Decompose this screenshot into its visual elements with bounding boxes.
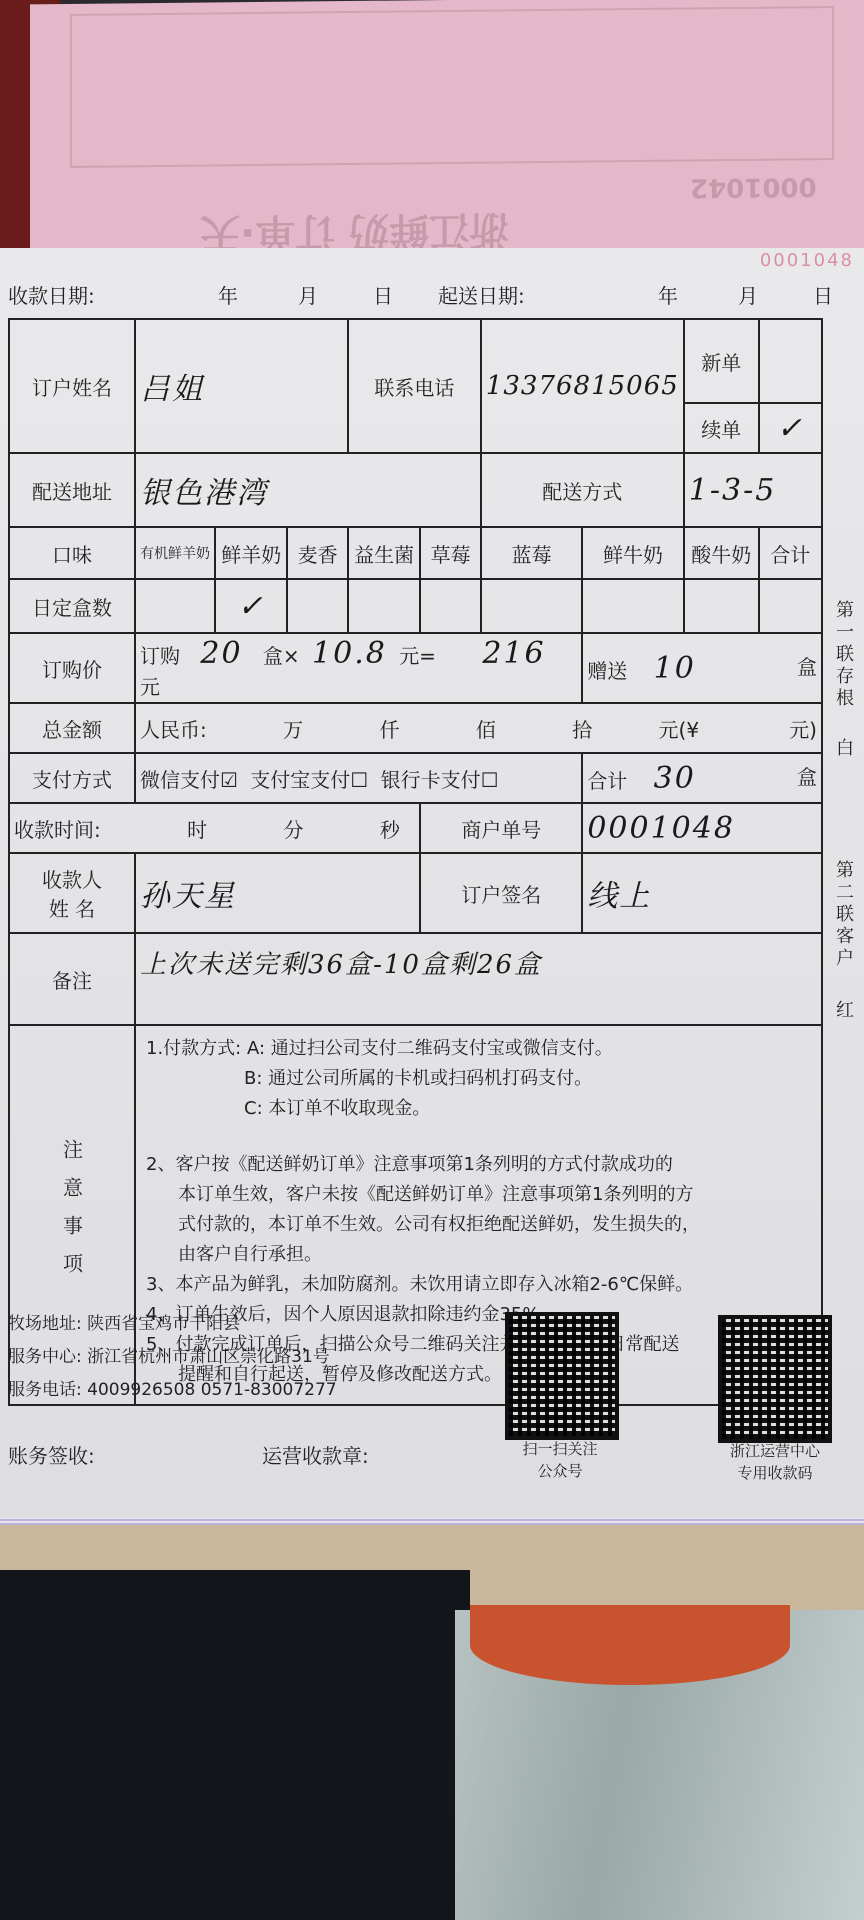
flavor-total: 合计	[759, 527, 822, 579]
receipt-time-label: 收款时间:	[14, 818, 101, 842]
new-order-checkbox[interactable]	[759, 319, 822, 403]
qr2-caption: 浙江运营中心 专用收款码	[705, 1440, 845, 1484]
daily-yogurt[interactable]	[684, 579, 759, 633]
start-date-label: 起送日期:	[438, 280, 525, 309]
farm-address: 牧场地址: 陕西省宝鸡市千阳县	[8, 1308, 337, 1341]
qr1-caption-line2: 公众号	[495, 1460, 625, 1482]
qian-label: 仟	[379, 718, 399, 742]
order-price-line: 订购 20 盒× 10.8 元= 216 元	[135, 633, 582, 703]
flavor-blueberry: 蓝莓	[481, 527, 583, 579]
date-line: 收款日期: 年 月 日 起送日期: 年 月 日	[8, 280, 838, 314]
flavor-row-label: 口味	[9, 527, 135, 579]
service-center-address: 服务中心: 浙江省杭州市萧山区崇化路31号	[8, 1341, 337, 1374]
flavor-fresh-cow-milk: 鲜牛奶	[582, 527, 683, 579]
bai-label: 佰	[476, 718, 496, 742]
qr2-caption-line1: 浙江运营中心	[705, 1440, 845, 1462]
renewal-label: 续单	[684, 403, 759, 453]
collector-name-value[interactable]: 孙天星	[135, 853, 420, 933]
copy2-color-label: 红	[830, 1000, 856, 1022]
flavor-yogurt: 酸牛奶	[684, 527, 759, 579]
box-total-value[interactable]: 30	[654, 761, 696, 796]
note-2: 2、客户按《配送鲜奶订单》注意事项第1条列明的方式付款成功的	[146, 1150, 811, 1180]
phone-label: 联系电话	[348, 319, 481, 453]
dark-fabric	[0, 1570, 470, 1920]
payment-date-year: 年	[218, 280, 238, 309]
pink-sheet-ghost-serial: 0001042	[690, 171, 817, 202]
customer-name-label: 订户姓名	[9, 319, 135, 453]
daily-fresh-goat-milk[interactable]: ✓	[215, 579, 287, 633]
payment-options: 微信支付☑ 支付宝支付☐ 银行卡支付☐	[135, 753, 582, 803]
copy1-color-label: 白	[830, 738, 856, 760]
flavor-strawberry: 草莓	[420, 527, 480, 579]
service-phone: 服务电话: 4009926508 0571-83007277	[8, 1374, 337, 1407]
hour-label: 时	[187, 818, 207, 842]
note-2b: 本订单生效，客户未按《配送鲜奶订单》注意事项第1条列明的方	[146, 1180, 811, 1210]
payment-method-label: 支付方式	[9, 753, 135, 803]
wan-label: 万	[283, 718, 303, 742]
bankcard-option[interactable]: 银行卡支付☐	[381, 768, 499, 792]
shi-label: 拾	[572, 718, 592, 742]
order-form-table: 订户姓名 吕姐 联系电话 13376815065 新单 续单 ✓ 配送地址 银色…	[8, 318, 823, 1406]
footer-info: 牧场地址: 陕西省宝鸡市千阳县 服务中心: 浙江省杭州市萧山区崇化路31号 服务…	[8, 1308, 337, 1407]
qr2-caption-line2: 专用收款码	[705, 1462, 845, 1484]
operation-stamp-label: 运营收款章:	[262, 1440, 369, 1469]
flavor-organic-goat-milk: 有机鲜羊奶	[135, 527, 215, 579]
merchant-no-label: 商户单号	[420, 803, 582, 853]
new-order-label: 新单	[684, 319, 759, 403]
merchant-no-value[interactable]: 0001048	[582, 803, 822, 853]
qr1-caption: 扫一扫关注 公众号	[495, 1438, 625, 1482]
wechat-official-account-qr-code[interactable]	[505, 1312, 619, 1440]
note-1c: C: 本订单不收取现金。	[146, 1094, 811, 1124]
address-value[interactable]: 银色港湾	[135, 453, 481, 527]
box-total-unit: 盒	[797, 761, 817, 790]
qr1-caption-line1: 扫一扫关注	[495, 1438, 625, 1460]
customer-name-value[interactable]: 吕姐	[135, 319, 348, 453]
daily-strawberry[interactable]	[420, 579, 480, 633]
rmb-label: 人民币:	[140, 718, 207, 742]
copy2-side-label: 第二联客户	[830, 860, 856, 970]
alipay-option[interactable]: 支付宝支付☐	[250, 768, 368, 792]
gift-cell: 赠送 10 盒	[582, 633, 822, 703]
flavor-probiotic: 益生菌	[348, 527, 420, 579]
note-1: 1.付款方式: A: 通过扫公司支付二维码支付宝或微信支付。	[146, 1034, 811, 1064]
start-date-year: 年	[658, 280, 678, 309]
payment-date-month: 月	[298, 280, 318, 309]
order-boxes[interactable]: 20	[200, 636, 242, 671]
yuan-unit: 元	[140, 675, 160, 699]
note-3: 3、本产品为鲜乳，未加防腐剂。未饮用请立即存入冰箱2-6℃保鲜。	[146, 1270, 811, 1300]
collector-label-line1: 收款人	[14, 864, 130, 893]
notes-label: 注意事项	[58, 1139, 87, 1291]
note-2d: 由客户自行承担。	[146, 1240, 811, 1270]
gift-unit: 盒	[797, 651, 817, 680]
total-amount-line: 人民币: 万 仟 佰 拾 元(¥ 元)	[135, 703, 822, 753]
delivery-method-value[interactable]: 1-3-5	[684, 453, 822, 527]
second-label: 秒	[380, 818, 400, 842]
phone-value[interactable]: 13376815065	[481, 319, 684, 453]
daily-total[interactable]	[759, 579, 822, 633]
payment-date-label: 收款日期:	[8, 280, 95, 309]
order-prefix: 订购	[140, 644, 180, 668]
note-1b: B: 通过公司所属的卡机或扫码机打码支付。	[146, 1064, 811, 1094]
receipt-time-cell: 收款时间: 时 分 秒	[9, 803, 420, 853]
unit-price[interactable]: 10.8	[312, 636, 387, 671]
yuan-paren-label: 元(¥	[659, 718, 700, 742]
remarks-label: 备注	[9, 933, 135, 1025]
daily-organic-goat-milk[interactable]	[135, 579, 215, 633]
start-date-month: 月	[738, 280, 758, 309]
gift-value[interactable]: 10	[654, 651, 696, 686]
box-total-label: 合计	[587, 769, 627, 793]
pink-carbon-copy-sheet: 浙江鲜奶 订单·天 0001042	[30, 0, 864, 274]
collector-label-line2: 姓 名	[14, 893, 130, 922]
wechat-pay-option[interactable]: 微信支付☑	[140, 768, 238, 792]
flavor-malt: 麦香	[287, 527, 347, 579]
pink-sheet-table-ghost	[70, 6, 834, 168]
yuan-close-label: 元)	[789, 714, 817, 743]
daily-fresh-cow-milk[interactable]	[582, 579, 683, 633]
account-sign-label: 账务签收:	[8, 1440, 95, 1469]
signature-label: 订户签名	[420, 853, 582, 933]
payment-qr-code[interactable]	[718, 1315, 832, 1443]
order-total[interactable]: 216	[482, 636, 545, 671]
total-amount-label: 总金额	[9, 703, 135, 753]
collector-label: 收款人 姓 名	[9, 853, 135, 933]
copy1-side-label: 第一联存根	[830, 600, 856, 710]
yuan-equals: 元=	[399, 644, 436, 668]
note-2c: 式付款的，本订单不生效。公司有权拒绝配送鲜奶，发生损失的，	[146, 1210, 811, 1240]
remarks-value[interactable]: 上次未送完剩36盒-10盒剩26盒	[135, 933, 822, 1025]
daily-boxes-label: 日定盒数	[9, 579, 135, 633]
delivery-method-label: 配送方式	[481, 453, 684, 527]
box-times: 盒×	[263, 644, 300, 668]
form-serial-number: 0001048	[760, 250, 854, 271]
box-total-cell: 合计 30 盒	[582, 753, 822, 803]
minute-label: 分	[283, 818, 303, 842]
flavor-fresh-goat-milk: 鲜羊奶	[215, 527, 287, 579]
address-label: 配送地址	[9, 453, 135, 527]
daily-blueberry[interactable]	[481, 579, 583, 633]
orange-fabric-patch	[470, 1605, 790, 1685]
gift-label: 赠送	[587, 659, 627, 683]
daily-probiotic[interactable]	[348, 579, 420, 633]
daily-malt[interactable]	[287, 579, 347, 633]
payment-date-day: 日	[373, 280, 393, 309]
signature-value[interactable]: 线上	[582, 853, 822, 933]
start-date-day: 日	[813, 280, 833, 309]
order-price-label: 订购价	[9, 633, 135, 703]
renewal-checkbox[interactable]: ✓	[759, 403, 822, 453]
